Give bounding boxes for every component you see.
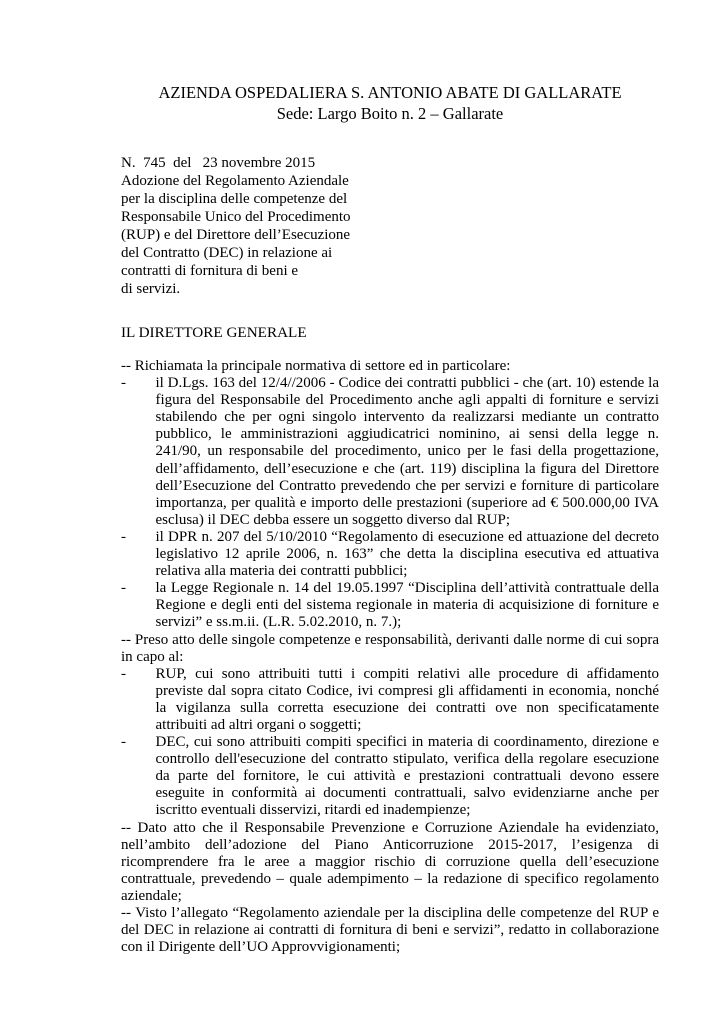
organization-address: Sede: Largo Boito n. 2 – Gallarate (121, 103, 659, 124)
list-item-text: il DPR n. 207 del 5/10/2010 “Regolamento… (156, 529, 660, 579)
paragraph-preso-atto: -- Preso atto delle singole competenze e… (121, 632, 659, 666)
list-dash-marker: - (121, 529, 126, 546)
list-item-dec: - DEC, cui sono attribuiti compiti speci… (121, 734, 659, 819)
decree-number-and-subject: N. 745 del 23 novembre 2015 Adozione del… (121, 154, 441, 298)
page-content: AZIENDA OSPEDALIERA S. ANTONIO ABATE DI … (0, 0, 725, 956)
paragraph-richiamata: -- Richiamata la principale normativa di… (121, 358, 659, 375)
document-page: AZIENDA OSPEDALIERA S. ANTONIO ABATE DI … (0, 0, 725, 1024)
list-item-text: il D.Lgs. 163 del 12/4//2006 - Codice de… (156, 375, 660, 528)
list-item-text: RUP, cui sono attribuiti tutti i compiti… (156, 666, 660, 733)
paragraph-dato-atto: -- Dato atto che il Responsabile Prevenz… (121, 820, 659, 905)
issuer-heading: IL DIRETTORE GENERALE (121, 324, 659, 342)
list-dash-marker: - (121, 666, 126, 683)
list-dash-marker: - (121, 375, 126, 392)
list-dash-marker: - (121, 734, 126, 751)
list-item-text: la Legge Regionale n. 14 del 19.05.1997 … (156, 580, 660, 630)
organization-name: AZIENDA OSPEDALIERA S. ANTONIO ABATE DI … (121, 82, 659, 103)
list-item-text: DEC, cui sono attribuiti compiti specifi… (156, 734, 660, 818)
paragraph-visto-allegato: -- Visto l’allegato “Regolamento azienda… (121, 905, 659, 956)
letterhead: AZIENDA OSPEDALIERA S. ANTONIO ABATE DI … (121, 82, 659, 124)
list-item-rup: - RUP, cui sono attribuiti tutti i compi… (121, 666, 659, 734)
list-dash-marker: - (121, 580, 126, 597)
list-item-legge-regionale-14: - la Legge Regionale n. 14 del 19.05.199… (121, 580, 659, 631)
list-item-dpr-207: - il DPR n. 207 del 5/10/2010 “Regolamen… (121, 529, 659, 580)
document-body: -- Richiamata la principale normativa di… (121, 358, 659, 956)
list-item-dlgs-163: - il D.Lgs. 163 del 12/4//2006 - Codice … (121, 375, 659, 529)
